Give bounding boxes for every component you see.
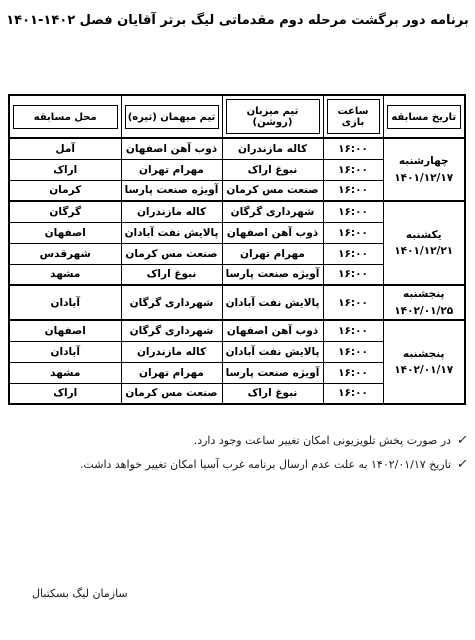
- note-item: ✓تاریخ ۱۴۰۲/۰۱/۱۷ به علت عدم ارسال برنام…: [10, 457, 468, 472]
- host-team-cell: شهرداری گرگان: [222, 201, 323, 222]
- date-label: ۱۴۰۱/۱۲/۲۱: [386, 243, 463, 259]
- column-header-date: تاریخ مسابقه: [383, 95, 465, 138]
- time-cell: ۱۶:۰۰: [323, 180, 383, 201]
- match-group-1: چهارشنبه ۱۴۰۱/۱۲/۱۷ ۱۶:۰۰ کاله مازندران …: [9, 138, 465, 201]
- guest-team-cell: نبوغ اراک: [121, 264, 222, 285]
- time-cell: ۱۶:۰۰: [323, 320, 383, 341]
- guest-team-cell: شهرداری گرگان: [121, 320, 222, 341]
- host-team-cell: آویژه صنعت پارسا: [222, 264, 323, 285]
- match-row: پنجشنبه ۱۴۰۲/۰۱/۱۷ ۱۶:۰۰ ذوب آهن اصفهان …: [9, 320, 465, 341]
- date-cell-group-1: چهارشنبه ۱۴۰۱/۱۲/۱۷: [383, 138, 465, 201]
- table-header: تاریخ مسابقه ساعت بازی تیم میزبان (روشن)…: [9, 95, 465, 138]
- time-cell: ۱۶:۰۰: [323, 243, 383, 264]
- column-header-date-label: تاریخ مسابقه: [387, 105, 462, 129]
- time-cell: ۱۶:۰۰: [323, 222, 383, 243]
- venue-cell: اصفهان: [9, 222, 121, 243]
- time-cell: ۱۶:۰۰: [323, 341, 383, 362]
- time-cell: ۱۶:۰۰: [323, 285, 383, 320]
- venue-cell: کرمان: [9, 180, 121, 201]
- match-row: یکشنبه ۱۴۰۱/۱۲/۲۱ ۱۶:۰۰ شهرداری گرگان کا…: [9, 201, 465, 222]
- guest-team-cell: آویژه صنعت پارسا: [121, 180, 222, 201]
- time-cell: ۱۶:۰۰: [323, 264, 383, 285]
- venue-cell: آبادان: [9, 341, 121, 362]
- weekday-label: چهارشنبه: [386, 153, 463, 169]
- venue-cell: اصفهان: [9, 320, 121, 341]
- venue-cell: آبادان: [9, 285, 121, 320]
- venue-cell: مشهد: [9, 362, 121, 383]
- column-header-time: ساعت بازی: [323, 95, 383, 138]
- host-team-cell: نبوغ اراک: [222, 383, 323, 404]
- host-team-cell: ذوب آهن اصفهان: [222, 320, 323, 341]
- date-cell-group-3: پنجشنبه ۱۴۰۲/۰۱/۲۵: [383, 285, 465, 320]
- date-cell-group-4: پنجشنبه ۱۴۰۲/۰۱/۱۷: [383, 320, 465, 404]
- note-text: تاریخ ۱۴۰۲/۰۱/۱۷ به علت عدم ارسال برنامه…: [80, 458, 451, 471]
- document-page: برنامه دور برگشت مرحله دوم مقدماتی لیگ ب…: [0, 0, 475, 640]
- time-cell: ۱۶:۰۰: [323, 362, 383, 383]
- guest-team-cell: صنعت مس کرمان: [121, 243, 222, 264]
- weekday-label: پنجشنبه: [386, 286, 463, 302]
- host-team-cell: ذوب آهن اصفهان: [222, 222, 323, 243]
- guest-team-cell: شهرداری گرگان: [121, 285, 222, 320]
- note-text: در صورت پخش تلویزیونی امکان تغییر ساعت و…: [194, 434, 451, 447]
- match-row: چهارشنبه ۱۴۰۱/۱۲/۱۷ ۱۶:۰۰ کاله مازندران …: [9, 138, 465, 159]
- column-header-time-label: ساعت بازی: [327, 99, 380, 134]
- column-header-venue: محل مسابقه: [9, 95, 121, 138]
- venue-cell: مشهد: [9, 264, 121, 285]
- guest-team-cell: کاله مازندران: [121, 341, 222, 362]
- page-title: برنامه دور برگشت مرحله دوم مقدماتی لیگ ب…: [0, 13, 475, 28]
- note-item: ✓در صورت پخش تلویزیونی امکان تغییر ساعت …: [10, 433, 468, 448]
- checkmark-icon: ✓: [456, 457, 470, 472]
- match-group-4: پنجشنبه ۱۴۰۲/۰۱/۱۷ ۱۶:۰۰ ذوب آهن اصفهان …: [9, 320, 465, 404]
- date-label: ۱۴۰۲/۰۱/۲۵: [386, 303, 463, 319]
- guest-team-cell: پالایش نفت آبادان: [121, 222, 222, 243]
- schedule-table: تاریخ مسابقه ساعت بازی تیم میزبان (روشن)…: [8, 94, 466, 405]
- host-team-cell: مهرام تهران: [222, 243, 323, 264]
- venue-cell: آمل: [9, 138, 121, 159]
- date-cell-group-2: یکشنبه ۱۴۰۱/۱۲/۲۱: [383, 201, 465, 285]
- guest-team-cell: کاله مازندران: [121, 201, 222, 222]
- host-team-cell: کاله مازندران: [222, 138, 323, 159]
- host-team-cell: پالایش نفت آبادان: [222, 341, 323, 362]
- time-cell: ۱۶:۰۰: [323, 201, 383, 222]
- column-header-host-label: تیم میزبان (روشن): [226, 99, 320, 134]
- host-team-cell: پالایش نفت آبادان: [222, 285, 323, 320]
- table-header-row: تاریخ مسابقه ساعت بازی تیم میزبان (روشن)…: [9, 95, 465, 138]
- host-team-cell: نبوغ اراک: [222, 159, 323, 180]
- time-cell: ۱۶:۰۰: [323, 159, 383, 180]
- guest-team-cell: ذوب آهن اصفهان: [121, 138, 222, 159]
- guest-team-cell: مهرام تهران: [121, 362, 222, 383]
- date-label: ۱۴۰۱/۱۲/۱۷: [386, 170, 463, 186]
- venue-cell: گرگان: [9, 201, 121, 222]
- weekday-label: یکشنبه: [386, 227, 463, 243]
- time-cell: ۱۶:۰۰: [323, 138, 383, 159]
- host-team-cell: آویژه صنعت پارسا: [222, 362, 323, 383]
- guest-team-cell: صنعت مس کرمان: [121, 383, 222, 404]
- checkmark-icon: ✓: [456, 433, 470, 448]
- schedule-table-wrapper: تاریخ مسابقه ساعت بازی تیم میزبان (روشن)…: [8, 94, 466, 405]
- match-group-2: یکشنبه ۱۴۰۱/۱۲/۲۱ ۱۶:۰۰ شهرداری گرگان کا…: [9, 201, 465, 285]
- date-label: ۱۴۰۲/۰۱/۱۷: [386, 362, 463, 378]
- notes-list: ✓در صورت پخش تلویزیونی امکان تغییر ساعت …: [10, 433, 468, 481]
- guest-team-cell: مهرام تهران: [121, 159, 222, 180]
- column-header-venue-label: محل مسابقه: [13, 105, 118, 129]
- column-header-guest-label: تیم میهمان (تیره): [125, 105, 219, 129]
- venue-cell: اراک: [9, 383, 121, 404]
- venue-cell: اراک: [9, 159, 121, 180]
- column-header-guest: تیم میهمان (تیره): [121, 95, 222, 138]
- host-team-cell: صنعت مس کرمان: [222, 180, 323, 201]
- venue-cell: شهرقدس: [9, 243, 121, 264]
- column-header-host: تیم میزبان (روشن): [222, 95, 323, 138]
- match-row: پنجشنبه ۱۴۰۲/۰۱/۲۵ ۱۶:۰۰ پالایش نفت آباد…: [9, 285, 465, 320]
- weekday-label: پنجشنبه: [386, 346, 463, 362]
- match-group-3: پنجشنبه ۱۴۰۲/۰۱/۲۵ ۱۶:۰۰ پالایش نفت آباد…: [9, 285, 465, 320]
- organization-signature: سازمان لیگ بسکتبال: [32, 587, 128, 600]
- time-cell: ۱۶:۰۰: [323, 383, 383, 404]
